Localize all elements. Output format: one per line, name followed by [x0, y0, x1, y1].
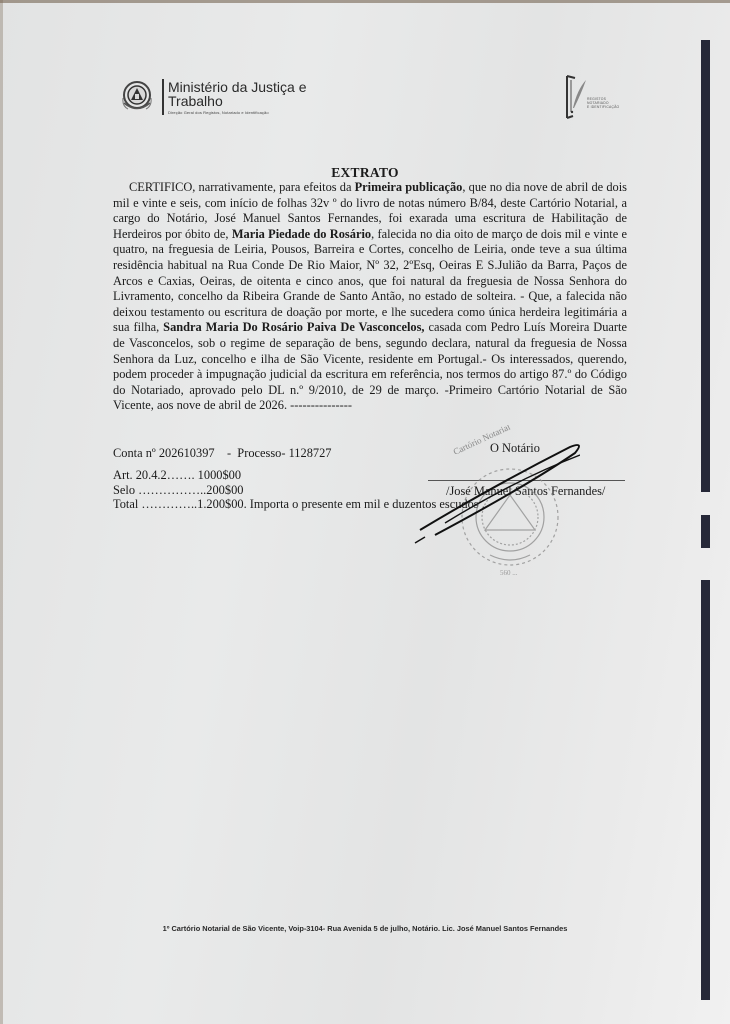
fees-table: Art. 20.4.2……. 1000$00 Selo ……………..200$0…	[113, 468, 485, 512]
fee-value: 200$00	[206, 483, 243, 497]
rni-text-line3: E IDENTIFICAÇÃO	[587, 105, 619, 109]
ministry-subtitle: Direção Geral dos Registos, Notariado e …	[168, 111, 307, 115]
signature-name: /José Manuel Santos Fernandes/	[446, 484, 605, 499]
fee-row: Total …………..1.200$00. Importa o presente…	[113, 497, 485, 512]
rni-door-quill-icon	[563, 72, 587, 120]
fee-row: Selo ……………..200$00	[113, 483, 485, 498]
fee-value: 1000$00	[198, 468, 241, 482]
account-process-text: Conta nº 202610397 - Processo- 1128727	[113, 446, 331, 460]
notary-label: O Notário	[490, 441, 540, 456]
rni-logo: REGISTOS NOTARIADO E IDENTIFICAÇÃO	[563, 72, 623, 120]
text-segment: CERTIFICO, narrativamente, para efeitos …	[129, 180, 355, 194]
deceased-name: Maria Piedade do Rosário	[232, 227, 371, 241]
heir-name: Sandra Maria Do Rosário Paiva De Vasconc…	[163, 320, 424, 334]
edge-bar-top	[701, 40, 710, 492]
coat-of-arms-icon	[118, 78, 156, 116]
publication-type: Primeira publicação	[355, 180, 463, 194]
fee-label: Art. 20.4.2…….	[113, 468, 198, 482]
document-title: EXTRATO	[0, 165, 730, 181]
signature-line	[428, 480, 625, 481]
svg-text:560 ...: 560 ...	[500, 569, 518, 577]
page-left-edge	[0, 0, 3, 1024]
edge-bar-bottom	[701, 580, 710, 1000]
footer-address: 1º Cartório Notarial de São Vicente, Voi…	[0, 924, 730, 933]
fee-label: Total …………..	[113, 497, 197, 511]
ministry-title-line1: Ministério da Justiça e	[168, 80, 307, 94]
text-segment: , falecida no dia oito de março de dois …	[113, 227, 627, 335]
ministry-logo: Ministério da Justiça e Trabalho Direção…	[118, 78, 307, 116]
fee-label: Selo ……………..	[113, 483, 206, 497]
edge-bar-middle	[701, 515, 710, 548]
page-top-edge	[0, 0, 730, 3]
certificate-paragraph: CERTIFICO, narrativamente, para efeitos …	[113, 180, 627, 414]
certificate-body: CERTIFICO, narrativamente, para efeitos …	[113, 180, 627, 414]
account-process-line: Conta nº 202610397 - Processo- 1128727	[113, 446, 331, 461]
fee-value: 1.200$00. Importa o presente em mil e du…	[197, 497, 485, 511]
ministry-title-line2: Trabalho	[168, 94, 307, 108]
logo-divider	[162, 79, 164, 115]
